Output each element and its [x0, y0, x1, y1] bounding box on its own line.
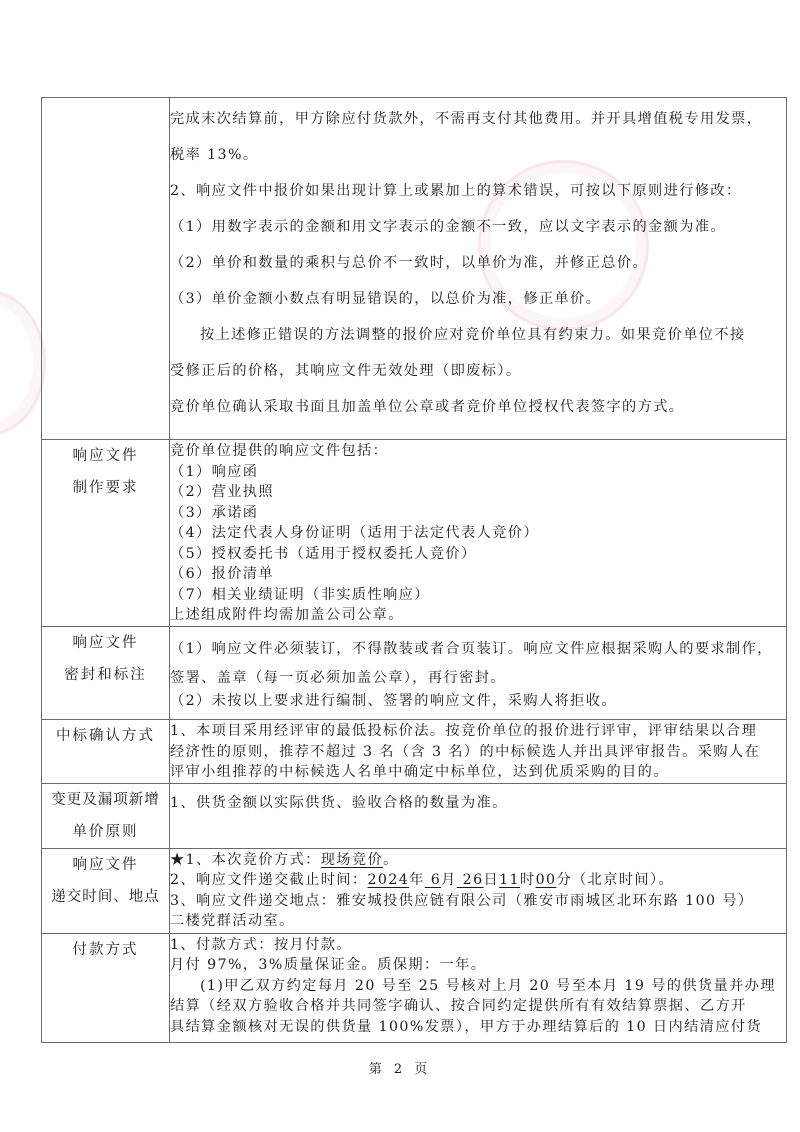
row-label-empty [42, 98, 170, 440]
punctuation: 。 [383, 852, 399, 868]
deadline-day: 26 [457, 872, 484, 888]
label-line: 密封和标注 [42, 659, 169, 691]
value: 6 [431, 872, 441, 888]
table-row-award-confirmation: 中标确认方式 1、本项目采用经评审的最低投标价法。按竞价单位的报价进行评审，评审… [42, 720, 787, 784]
page-number: 第 2 页 [0, 1058, 800, 1077]
text-line: 1、本项目采用经评审的最低投标价法。按竞价单位的报价进行评审，评审结果以合理 [170, 721, 786, 742]
list-item: （5）授权委托书（适用于授权委托人竞价） [170, 544, 786, 565]
list-item: （6）报价清单 [170, 564, 786, 585]
text-line: 具结算金额核对无误的供货量 100%发票），甲方于办理结算后的 10 日内结清应… [170, 1017, 786, 1038]
table-row-change-pricing: 变更及漏项新增 单价原则 1、供货金额以实际供货、验收合格的数量为准。 [42, 783, 787, 848]
deadline-label: 2、响应文件递交截止时间： [170, 872, 367, 888]
deadline-hour: 11 [499, 872, 520, 888]
list-item: （1）响应函 [170, 462, 786, 483]
text-line: （3）单价金额小数点有明显错误的，以总价为准，修正单价。 [170, 281, 786, 317]
text-line: 签署、盖章（每一页必须加盖公章），再行密封。 [170, 667, 786, 690]
timezone-note: （北京时间）。 [572, 872, 674, 888]
text-line: 税率 13%。 [170, 137, 786, 173]
bidding-method-value: 现场竞价 [321, 852, 383, 868]
table-row-submission-time-place: 响应文件 递交时间、地点 ★1、本次竞价方式：现场竞价。 2、响应文件递交截止时… [42, 848, 787, 933]
unit: 月 [441, 872, 457, 888]
row-label-payment-method: 付款方式 [42, 933, 170, 1042]
label-line: 递交时间、地点 [42, 881, 169, 913]
value: 26 [463, 872, 484, 888]
row-label-document-preparation: 响应文件 制作要求 [42, 440, 170, 627]
label-line: 变更及漏项新增 [42, 784, 169, 816]
label-line: 付款方式 [42, 934, 169, 966]
table-row-price-correction: 完成末次结算前，甲方除应付货款外，不需再支付其他费用。并开具增值税专用发票， 税… [42, 98, 787, 440]
star-prefix-text: ★1、本次竞价方式： [170, 852, 321, 868]
text-line: 评审小组推荐的中标候选人名单中确定中标单位，达到优质采购的目的。 [170, 762, 786, 783]
list-item: （7）相关业绩证明（非实质性响应） [170, 585, 786, 606]
row-label-submission-time-place: 响应文件 递交时间、地点 [42, 848, 170, 933]
text-line: （1）响应文件必须装订，不得散装或者合页装订。响应文件应根据采购人的要求制作， [170, 631, 786, 667]
unit: 日 [484, 872, 500, 888]
procurement-requirements-table: 完成末次结算前，甲方除应付货款外，不需再支付其他费用。并开具增值税专用发票， 税… [41, 97, 787, 1043]
row-label-award-confirmation: 中标确认方式 [42, 720, 170, 784]
text-line: 经济性的原则，推荐不超过 3 名（含 3 名）的中标候选人并出具评审报告。采购人… [170, 742, 786, 763]
text-line: （1）用数字表示的金额和用文字表示的金额不一致，应以文字表示的金额为准。 [170, 209, 786, 245]
deadline-minute: 00 [536, 872, 557, 888]
sealing-marking-content: （1）响应文件必须装订，不得散装或者合页装订。响应文件应根据采购人的要求制作， … [170, 627, 787, 720]
text-line: (1)甲乙双方约定每月 20 号至 25 号核对上月 20 号至本月 19 号的… [170, 976, 786, 997]
text-line: （2）单价和数量的乘积与总价不一致时，以单价为准，并修正总价。 [170, 245, 786, 281]
partial-seal-stamp [0, 290, 46, 436]
submission-time-place-content: ★1、本次竞价方式：现场竞价。 2、响应文件递交截止时间：2024年 6月 26… [170, 848, 787, 933]
unit: 年 [409, 872, 425, 888]
change-pricing-content: 1、供货金额以实际供货、验收合格的数量为准。 [170, 783, 787, 848]
text-line: （2）未按以上要求进行编制、签署的响应文件，采购人将拒收。 [170, 690, 786, 713]
text-line: 上述组成附件均需加盖公司公章。 [170, 605, 786, 626]
award-confirmation-content: 1、本项目采用经评审的最低投标价法。按竞价单位的报价进行评审，评审结果以合理 经… [170, 720, 787, 784]
text-line: 按上述修正错误的方法调整的报价应对竞价单位具有约束力。如果竞价单位不接 [170, 317, 786, 353]
label-line: 单价原则 [42, 816, 169, 848]
label-line: 响应文件 [42, 440, 169, 472]
text-line: 受修正后的价格，其响应文件无效处理（即废标）。 [170, 353, 786, 389]
unit: 时 [520, 872, 536, 888]
label-line: 响应文件 [42, 849, 169, 881]
unit: 分 [556, 872, 572, 888]
text-line: 3、响应文件递交地点：雅安城投供应链有限公司（雅安市雨城区北环东路 100 号） [170, 891, 786, 912]
list-item: （3）承诺函 [170, 503, 786, 524]
text-line: 2、响应文件中报价如果出现计算上或累加上的算术错误，可按以下原则进行修改： [170, 173, 786, 209]
document-preparation-content: 竞价单位提供的响应文件包括： （1）响应函 （2）营业执照 （3）承诺函 （4）… [170, 440, 787, 627]
text-line: 月付 97%，3%质量保证金。质保期：一年。 [170, 955, 786, 976]
table-row-sealing-marking: 响应文件 密封和标注 （1）响应文件必须装订，不得散装或者合页装订。响应文件应根… [42, 627, 787, 720]
table-row-payment-method: 付款方式 1、付款方式：按月付款。 月付 97%，3%质量保证金。质保期：一年。… [42, 933, 787, 1042]
text-line: 结算（经双方验收合格并共同签字确认、按合同约定提供所有有效结算票据、乙方开 [170, 996, 786, 1017]
deadline-month: 6 [425, 872, 441, 888]
text-line: 1、付款方式：按月付款。 [170, 935, 786, 956]
list-item: （2）营业执照 [170, 482, 786, 503]
label-line: 制作要求 [42, 472, 169, 504]
deadline-line: 2、响应文件递交截止时间：2024年 6月 26日11时00分（北京时间）。 [170, 870, 786, 891]
price-correction-content: 完成末次结算前，甲方除应付货款外，不需再支付其他费用。并开具增值税专用发票， 税… [170, 98, 787, 440]
bidding-method-line: ★1、本次竞价方式：现场竞价。 [170, 850, 786, 871]
list-item: （4）法定代表人身份证明（适用于法定代表人竞价） [170, 523, 786, 544]
label-line: 中标确认方式 [42, 720, 169, 752]
text-line: 完成末次结算前，甲方除应付货款外，不需再支付其他费用。并开具增值税专用发票， [170, 101, 786, 137]
label-line: 响应文件 [42, 627, 169, 659]
text-line: 1、供货金额以实际供货、验收合格的数量为准。 [170, 785, 786, 821]
text-line: 二楼党群活动室。 [170, 911, 786, 932]
table-row-document-preparation: 响应文件 制作要求 竞价单位提供的响应文件包括： （1）响应函 （2）营业执照 … [42, 440, 787, 627]
row-label-sealing-marking: 响应文件 密封和标注 [42, 627, 170, 720]
payment-method-content: 1、付款方式：按月付款。 月付 97%，3%质量保证金。质保期：一年。 (1)甲… [170, 933, 787, 1042]
text-line: 竞价单位提供的响应文件包括： [170, 441, 786, 462]
deadline-year: 2024 [367, 872, 409, 888]
text-line: 竞价单位确认采取书面且加盖单位公章或者竞价单位授权代表签字的方式。 [170, 389, 786, 425]
row-label-change-pricing: 变更及漏项新增 单价原则 [42, 783, 170, 848]
